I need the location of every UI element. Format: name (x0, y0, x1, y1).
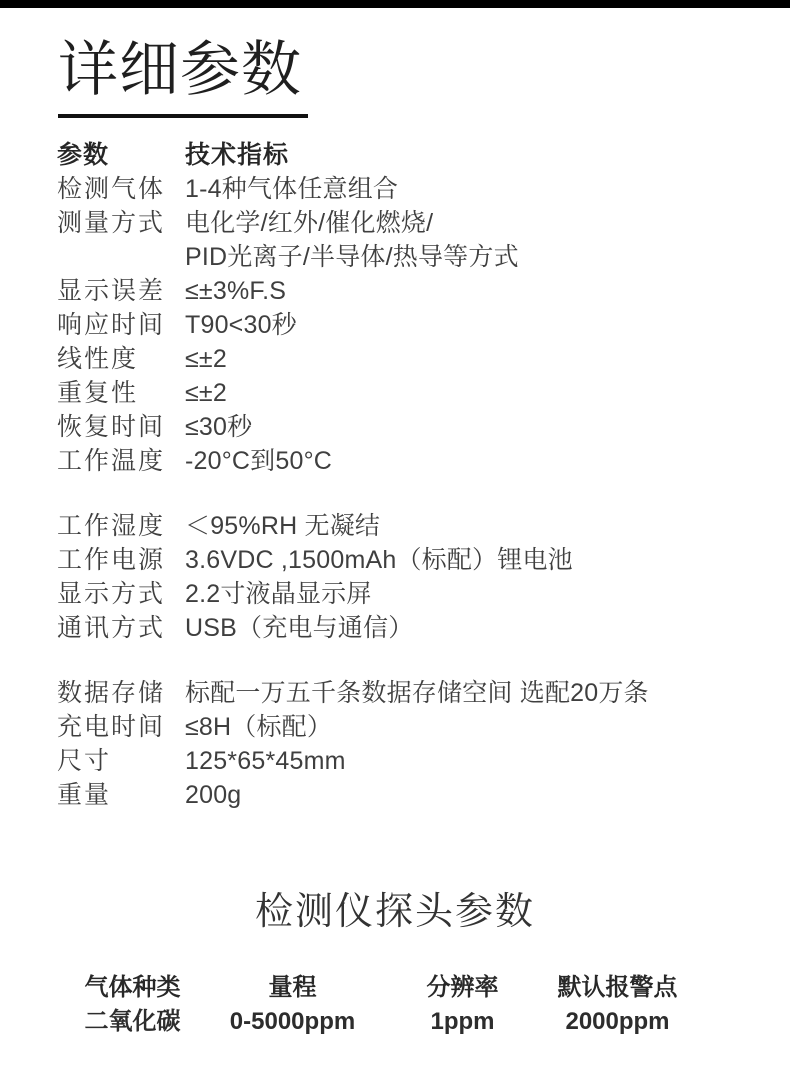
probe-column-header: 气体种类 (55, 971, 210, 1005)
spec-row-value-line: 2.2寸液晶显示屏 (185, 577, 372, 611)
spec-row-label: 响应时间 (57, 308, 185, 342)
spec-row-label: 检测气体 (57, 172, 185, 206)
page-title: 详细参数 (58, 35, 790, 104)
spec-header-param: 参数 (57, 138, 185, 172)
spec-row: 恢复时间≤30秒 (57, 410, 790, 444)
spec-row-label: 通讯方式 (57, 611, 185, 645)
spec-row-value: USB（充电与通信） (185, 611, 413, 645)
spec-table-body: 检测气体1-4种气体任意组合测量方式电化学/红外/催化燃烧/PID光离子/半导体… (57, 172, 790, 812)
spec-table: 参数 技术指标 检测气体1-4种气体任意组合测量方式电化学/红外/催化燃烧/PI… (57, 138, 790, 812)
spec-row: 测量方式电化学/红外/催化燃烧/PID光离子/半导体/热导等方式 (57, 206, 790, 274)
spec-row-value: ≤8H（标配） (185, 710, 332, 744)
probe-table-cell: 二氧化碳 (55, 1005, 210, 1039)
spec-row-label: 工作湿度 (57, 509, 185, 543)
spec-row-label: 数据存储 (57, 676, 185, 710)
spec-row-value-line: ≤±2 (185, 342, 227, 376)
spec-row-value-line: T90<30秒 (185, 308, 297, 342)
spec-header-value: 技术指标 (185, 138, 289, 172)
spec-row-value-line: -20°C到50°C (185, 444, 332, 478)
spec-row: 重量200g (57, 778, 790, 812)
spec-row: 显示方式2.2寸液晶显示屏 (57, 577, 790, 611)
probe-column-header: 分辨率 (375, 971, 550, 1005)
spec-row: 响应时间T90<30秒 (57, 308, 790, 342)
spec-row: 工作温度-20°C到50°C (57, 444, 790, 478)
spec-row-value: ＜95%RH 无凝结 (185, 509, 380, 543)
spec-row-value: 125*65*45mm (185, 744, 346, 778)
top-divider-bar (0, 0, 790, 8)
spec-row-value: -20°C到50°C (185, 444, 332, 478)
spec-row: 数据存储标配一万五千条数据存储空间 选配20万条 (57, 676, 790, 710)
spec-row-label: 重复性 (57, 376, 185, 410)
spec-row-label: 充电时间 (57, 710, 185, 744)
title-underline (58, 114, 308, 118)
spec-row-value: T90<30秒 (185, 308, 297, 342)
spec-row-value-line: ≤8H（标配） (185, 710, 332, 744)
spec-row-label: 显示方式 (57, 577, 185, 611)
probe-column-header: 量程 (210, 971, 375, 1005)
spec-row: 线性度≤±2 (57, 342, 790, 376)
spec-row: 检测气体1-4种气体任意组合 (57, 172, 790, 206)
spec-row-label: 重量 (57, 778, 185, 812)
probe-table-cell: 1ppm (375, 1005, 550, 1039)
spec-row-value: ≤±2 (185, 376, 227, 410)
spec-row-value-line: ≤±3%F.S (185, 274, 286, 308)
spec-row-value: 200g (185, 778, 241, 812)
probe-table-header-row: 气体种类量程分辨率默认报警点 (55, 971, 790, 1005)
spec-row-value-line: ≤±2 (185, 376, 227, 410)
spec-row-value-line: 电化学/红外/催化燃烧/ (185, 206, 519, 240)
spec-row-value: 1-4种气体任意组合 (185, 172, 398, 206)
spec-row-value-line: 125*65*45mm (185, 744, 346, 778)
spec-row-value: 3.6VDC ,1500mAh（标配）锂电池 (185, 543, 573, 577)
spec-row: 通讯方式USB（充电与通信） (57, 611, 790, 645)
probe-table-cell: 2000ppm (550, 1005, 685, 1039)
spec-row-value-line: 1-4种气体任意组合 (185, 172, 398, 206)
spec-row: 显示误差≤±3%F.S (57, 274, 790, 308)
probe-table-cell: 0-5000ppm (210, 1005, 375, 1039)
spec-row-value-line: 3.6VDC ,1500mAh（标配）锂电池 (185, 543, 573, 577)
spec-row-value: 标配一万五千条数据存储空间 选配20万条 (185, 676, 649, 710)
spec-sheet-page: 详细参数 参数 技术指标 检测气体1-4种气体任意组合测量方式电化学/红外/催化… (0, 0, 790, 1076)
spec-row-value-line: USB（充电与通信） (185, 611, 413, 645)
probe-column-header: 默认报警点 (550, 971, 685, 1005)
spec-row-value: ≤±3%F.S (185, 274, 286, 308)
spec-row: 尺寸125*65*45mm (57, 744, 790, 778)
spec-row-label: 工作温度 (57, 444, 185, 478)
spec-row-value-line: 200g (185, 778, 241, 812)
spec-row: 充电时间≤8H（标配） (57, 710, 790, 744)
spec-row-value-line: PID光离子/半导体/热导等方式 (185, 240, 519, 274)
spec-row-value-line: ＜95%RH 无凝结 (185, 509, 380, 543)
spec-row-value: 电化学/红外/催化燃烧/PID光离子/半导体/热导等方式 (185, 206, 519, 274)
spec-row-value: ≤±2 (185, 342, 227, 376)
probe-table: 气体种类量程分辨率默认报警点 二氧化碳0-5000ppm1ppm2000ppm (55, 971, 790, 1039)
spec-row-value: 2.2寸液晶显示屏 (185, 577, 372, 611)
spec-row-label: 线性度 (57, 342, 185, 376)
spec-row-label: 显示误差 (57, 274, 185, 308)
spec-row-label: 尺寸 (57, 744, 185, 778)
probe-table-body: 二氧化碳0-5000ppm1ppm2000ppm (55, 1005, 790, 1039)
spec-row-label: 测量方式 (57, 206, 185, 274)
probe-section-title: 检测仪探头参数 (0, 880, 790, 935)
probe-table-row: 二氧化碳0-5000ppm1ppm2000ppm (55, 1005, 790, 1039)
spec-row-value: ≤30秒 (185, 410, 252, 444)
spec-row-label: 恢复时间 (57, 410, 185, 444)
spec-row-value-line: 标配一万五千条数据存储空间 选配20万条 (185, 676, 649, 710)
spec-table-header-row: 参数 技术指标 (57, 138, 790, 172)
spec-row-label: 工作电源 (57, 543, 185, 577)
spec-row: 重复性≤±2 (57, 376, 790, 410)
spec-row-value-line: ≤30秒 (185, 410, 252, 444)
spec-row: 工作湿度＜95%RH 无凝结 (57, 509, 790, 543)
spec-row: 工作电源3.6VDC ,1500mAh（标配）锂电池 (57, 543, 790, 577)
